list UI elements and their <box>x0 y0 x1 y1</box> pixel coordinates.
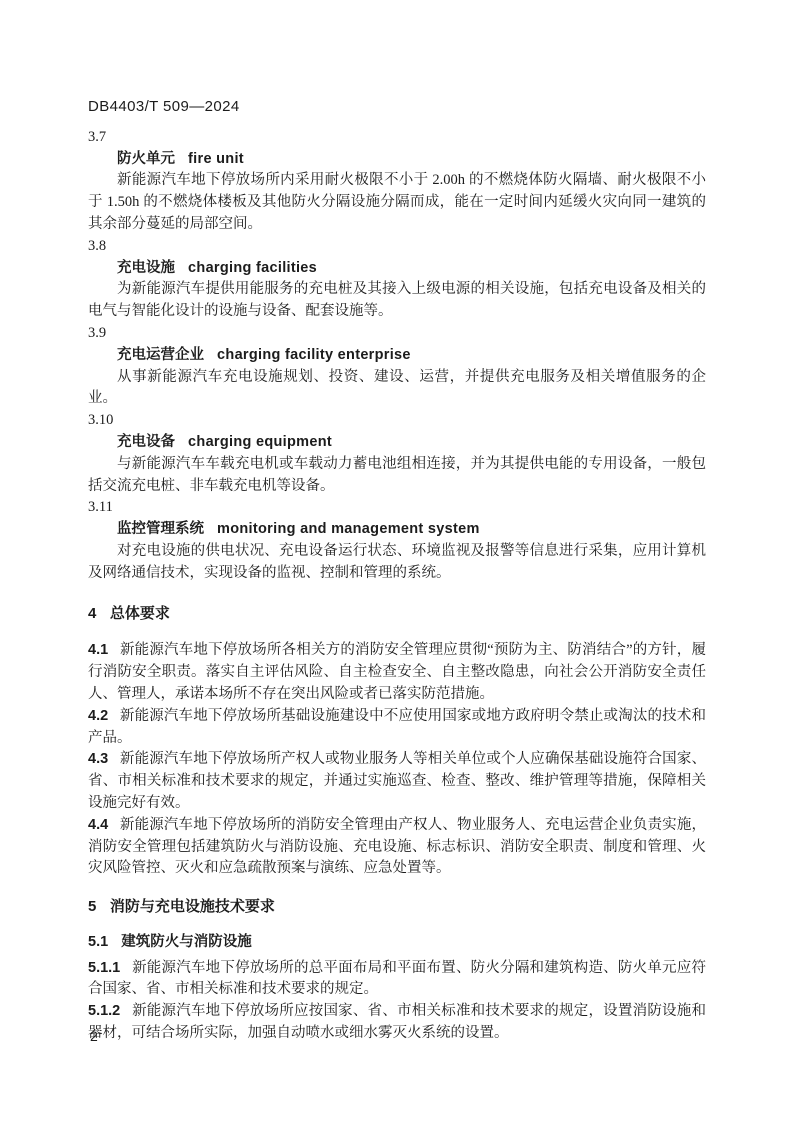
section-title: 总体要求 <box>110 605 170 622</box>
term-name-zh: 充电运营企业 <box>117 347 204 363</box>
clause-number: 4.4 <box>88 817 108 833</box>
clause-4-3: 4.3新能源汽车地下停放场所产权人或物业服务人等相关单位或个人应确保基础设施符合… <box>88 749 706 814</box>
term-block-3-9: 3.9 充电运营企业charging facility enterprise 从… <box>88 323 706 410</box>
clause-4-4: 4.4新能源汽车地下停放场所的消防安全管理由产权人、物业服务人、充电运营企业负责… <box>88 815 706 880</box>
term-block-3-7: 3.7 防火单元fire unit 新能源汽车地下停放场所内采用耐火极限不小于 … <box>88 127 706 236</box>
term-name-en: charging facilities <box>188 260 317 276</box>
clause-number: 4.2 <box>88 708 108 724</box>
term-definition: 对充电设施的供电状况、充电设备运行状态、环境监视及报警等信息进行采集，应用计算机… <box>88 541 706 585</box>
clause-number: 4.3 <box>88 751 108 767</box>
term-name-zh: 监控管理系统 <box>117 521 204 537</box>
section-number: 5 <box>88 898 96 915</box>
term-number: 3.9 <box>88 323 706 345</box>
subsection-number: 5.1 <box>88 934 108 950</box>
standard-number-header: DB4403/T 509—2024 <box>88 96 706 118</box>
term-name-zh: 防火单元 <box>117 151 175 167</box>
clause-5-1-2: 5.1.2新能源汽车地下停放场所应按国家、省、市相关标准和技术要求的规定，设置消… <box>88 1001 706 1045</box>
term-number: 3.7 <box>88 127 706 149</box>
term-name-en: fire unit <box>188 151 244 167</box>
section-heading-4: 4总体要求 <box>88 603 706 625</box>
term-number: 3.10 <box>88 410 706 432</box>
term-name-zh: 充电设备 <box>117 434 175 450</box>
term-number: 3.11 <box>88 497 706 519</box>
clause-text: 新能源汽车地下停放场所应按国家、省、市相关标准和技术要求的规定，设置消防设施和器… <box>88 1003 706 1041</box>
term-name: 防火单元fire unit <box>88 149 706 171</box>
term-name-en: monitoring and management system <box>217 521 480 537</box>
clause-4-1: 4.1新能源汽车地下停放场所各相关方的消防安全管理应贯彻“预防为主、防消结合”的… <box>88 640 706 705</box>
clause-text: 新能源汽车地下停放场所基础设施建设中不应使用国家或地方政府明令禁止或淘汰的技术和… <box>88 708 706 746</box>
section-title: 消防与充电设施技术要求 <box>110 898 275 915</box>
term-definition: 与新能源汽车车载充电机或车载动力蓄电池组相连接，并为其提供电能的专用设备，一般包… <box>88 454 706 498</box>
clause-text: 新能源汽车地下停放场所的总平面布局和平面布置、防火分隔和建筑构造、防火单元应符合… <box>88 960 706 998</box>
term-definition: 从事新能源汽车充电设施规划、投资、建设、运营，并提供充电服务及相关增值服务的企业… <box>88 367 706 411</box>
term-definition: 为新能源汽车提供用能服务的充电桩及其接入上级电源的相关设施，包括充电设备及相关的… <box>88 279 706 323</box>
clause-text: 新能源汽车地下停放场所各相关方的消防安全管理应贯彻“预防为主、防消结合”的方针，… <box>88 642 706 702</box>
clause-number: 5.1.2 <box>88 1003 120 1019</box>
term-block-3-11: 3.11 监控管理系统monitoring and management sys… <box>88 497 706 584</box>
term-number: 3.8 <box>88 236 706 258</box>
clause-text: 新能源汽车地下停放场所产权人或物业服务人等相关单位或个人应确保基础设施符合国家、… <box>88 751 706 811</box>
clause-number: 5.1.1 <box>88 960 120 976</box>
term-block-3-10: 3.10 充电设备charging equipment 与新能源汽车车载充电机或… <box>88 410 706 497</box>
term-name: 充电运营企业charging facility enterprise <box>88 345 706 367</box>
term-name: 监控管理系统monitoring and management system <box>88 519 706 541</box>
section-number: 4 <box>88 605 96 622</box>
clause-text: 新能源汽车地下停放场所的消防安全管理由产权人、物业服务人、充电运营企业负责实施，… <box>88 817 706 877</box>
term-name-en: charging facility enterprise <box>217 347 411 363</box>
term-definition: 新能源汽车地下停放场所内采用耐火极限不小于 2.00h 的不燃烧体防火隔墙、耐火… <box>88 170 706 235</box>
term-name-en: charging equipment <box>188 434 332 450</box>
subsection-title: 建筑防火与消防设施 <box>121 934 252 950</box>
clause-5-1-1: 5.1.1新能源汽车地下停放场所的总平面布局和平面布置、防火分隔和建筑构造、防火… <box>88 958 706 1002</box>
document-page: DB4403/T 509—2024 3.7 防火单元fire unit 新能源汽… <box>0 0 794 1123</box>
clause-4-2: 4.2新能源汽车地下停放场所基础设施建设中不应使用国家或地方政府明令禁止或淘汰的… <box>88 706 706 750</box>
term-name: 充电设施charging facilities <box>88 258 706 280</box>
term-name-zh: 充电设施 <box>117 260 175 276</box>
page-number: 2 <box>90 1026 98 1048</box>
subsection-heading-5-1: 5.1建筑防火与消防设施 <box>88 932 706 954</box>
section-heading-5: 5消防与充电设施技术要求 <box>88 896 706 918</box>
term-name: 充电设备charging equipment <box>88 432 706 454</box>
page-content: DB4403/T 509—2024 3.7 防火单元fire unit 新能源汽… <box>88 96 706 1045</box>
term-block-3-8: 3.8 充电设施charging facilities 为新能源汽车提供用能服务… <box>88 236 706 323</box>
clause-number: 4.1 <box>88 642 108 658</box>
